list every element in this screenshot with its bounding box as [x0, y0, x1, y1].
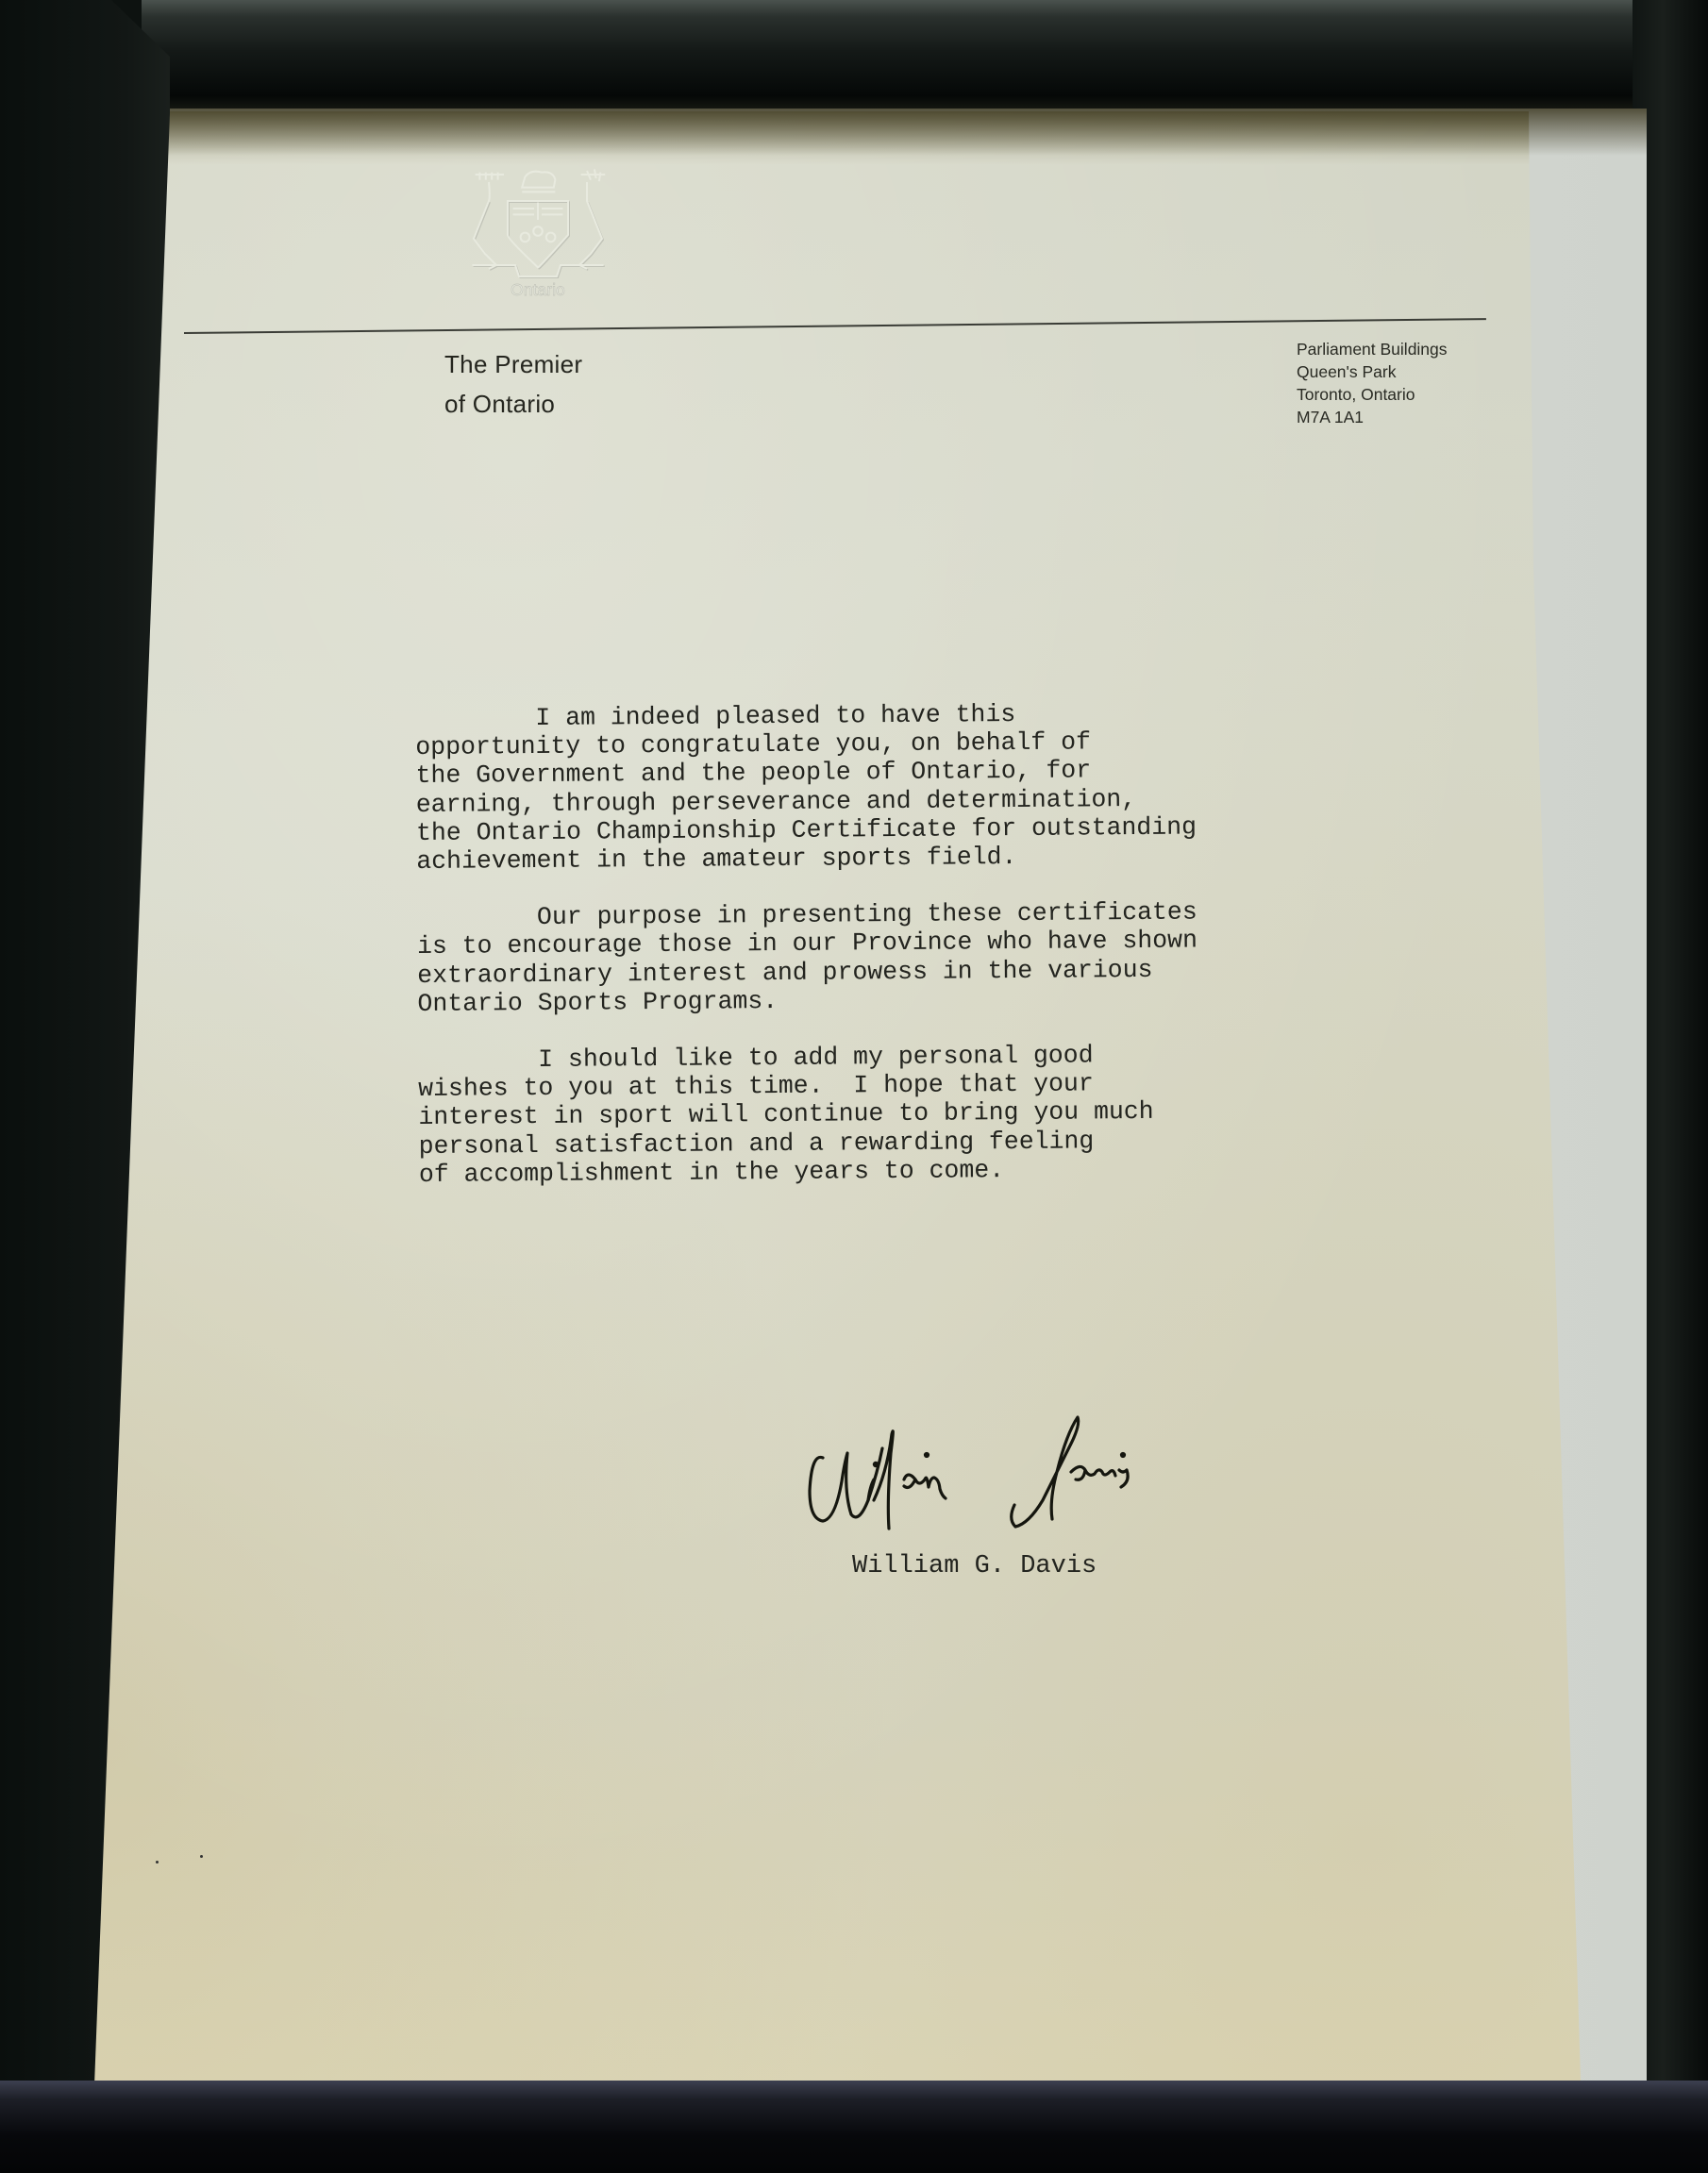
signer-name: William G. Davis: [852, 1552, 1097, 1580]
address-line: Toronto, Ontario: [1297, 383, 1448, 406]
paragraph-good-wishes: I should like to add my personal good wi…: [418, 1038, 1457, 1189]
address-line: M7A 1A1: [1297, 406, 1448, 428]
paper-speck: [200, 1855, 203, 1858]
office-line: The Premier: [444, 344, 582, 384]
letter-body: I am indeed pleased to have this opportu…: [415, 696, 1457, 1217]
svg-text:Ontario: Ontario: [511, 280, 565, 299]
picture-frame-bottom: [0, 2081, 1708, 2173]
letterhead-office-title: The Premier of Ontario: [444, 344, 582, 424]
paragraph-purpose: Our purpose in presenting these certific…: [417, 896, 1456, 1018]
frame-shadow: [165, 109, 1647, 156]
handwritten-signature-icon: [802, 1396, 1255, 1547]
ontario-coat-of-arms-embossed-icon: Ontario: [444, 142, 632, 321]
letterhead-address: Parliament Buildings Queen's Park Toront…: [1297, 338, 1448, 428]
paper-speck: [156, 1861, 159, 1864]
paragraph-congratulations: I am indeed pleased to have this opportu…: [415, 696, 1454, 876]
address-line: Parliament Buildings: [1297, 338, 1448, 360]
address-line: Queen's Park: [1297, 360, 1448, 383]
picture-frame-top: [142, 0, 1708, 113]
office-line: of Ontario: [444, 384, 582, 424]
